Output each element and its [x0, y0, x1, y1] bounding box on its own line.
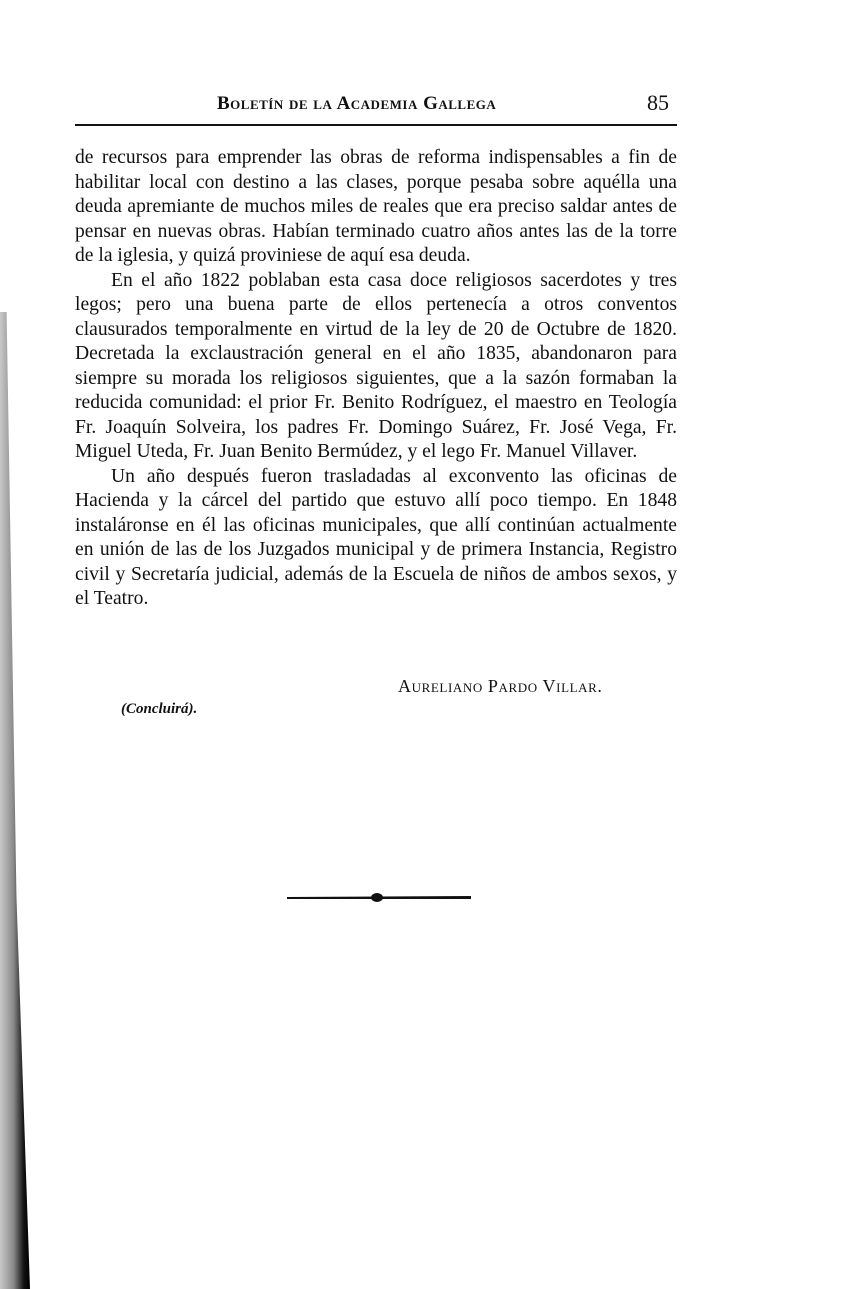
paragraph: Un año después fueron trasladadas al exc… — [75, 465, 677, 612]
continuation-note: (Concluirá). — [121, 701, 197, 718]
article-body: de recursos para emprender las obras de … — [75, 146, 677, 612]
running-title: Boletín de la Academia Gallega — [217, 93, 496, 115]
page-header: Boletín de la Academia Gallega 85 — [75, 90, 677, 126]
paragraph-continued: de recursos para emprender las obras de … — [75, 146, 677, 269]
page-number: 85 — [647, 90, 669, 116]
ornament-rule-icon — [287, 890, 471, 904]
author-signature: Aureliano Pardo Villar. — [398, 676, 603, 697]
paragraph: En el año 1822 poblaban esta casa doce r… — [75, 269, 677, 465]
scanned-page-edge — [0, 312, 30, 1289]
